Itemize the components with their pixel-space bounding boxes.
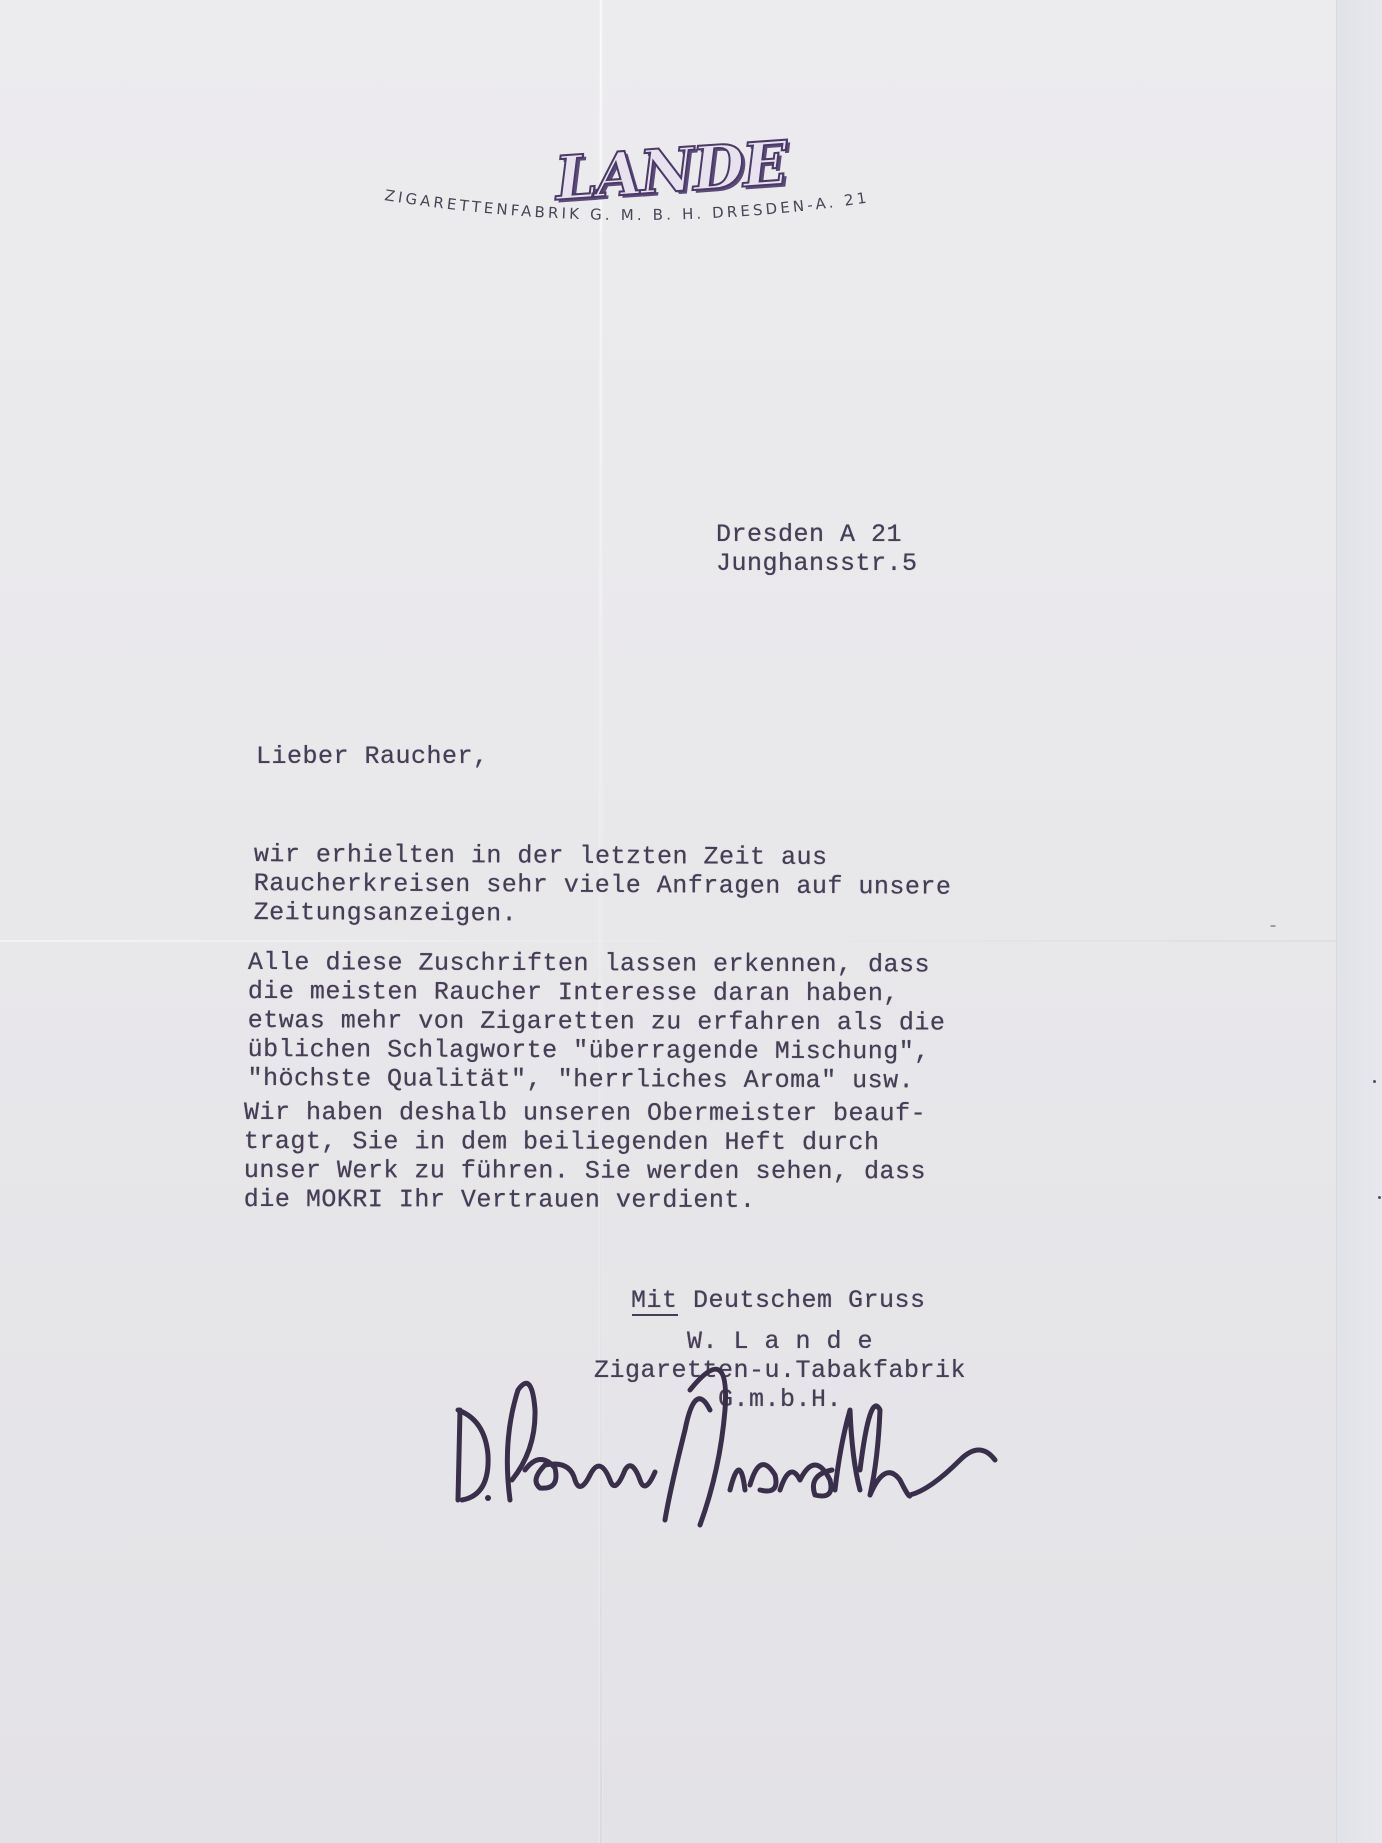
paper-speck [1373,1080,1376,1083]
closing: Mit Deutschem Gruss [631,1286,926,1315]
body-paragraph-2: Alle diese Zuschriften lassen erkennen, … [247,948,945,1095]
body-line: "höchste Qualität", "herrliches Aroma" u… [247,1064,914,1095]
paper-speck [1378,1196,1381,1199]
paper-fold-horizontal [0,940,1382,942]
body-line: wir erhielten in der letzten Zeit aus [254,840,828,872]
address-line-2: Junghansstr.5 [716,549,918,578]
body-line: Raucherkreisen sehr viele Anfragen auf u… [254,869,952,902]
address-line-1: Dresden A 21 [716,520,902,549]
paper-speck [1270,925,1276,927]
body-paragraph-1: wir erhielten in der letzten Zeit aus Ra… [254,840,952,931]
body-paragraph-3: Wir haben deshalb unseren Obermeister be… [244,1098,926,1215]
body-line: tragt, Sie in dem beiliegenden Heft durc… [244,1127,880,1157]
body-line: üblichen Schlagworte "überragende Mischu… [248,1035,930,1066]
body-line: unser Werk zu führen. Sie werden sehen, … [244,1156,926,1186]
svg-text:ZIGARETTENFABRIK G. M. B. H. D: ZIGARETTENFABRIK G. M. B. H. DRESDEN-A. … [383,186,870,224]
body-line: Wir haben deshalb unseren Obermeister be… [244,1098,926,1128]
sender-address: Dresden A 21 Junghansstr.5 [716,520,918,578]
handwritten-signature-icon [440,1350,1040,1530]
letterhead-subline-text: ZIGARETTENFABRIK G. M. B. H. DRESDEN-A. … [383,186,870,224]
salutation: Lieber Raucher, [256,742,489,771]
body-line: die MOKRI Ihr Vertrauen verdient. [244,1185,756,1215]
body-line: Zeitungsanzeigen. [254,898,518,928]
paper-edge [1336,0,1382,1843]
letterhead-subline: ZIGARETTENFABRIK G. M. B. H. DRESDEN-A. … [384,190,884,250]
closing-underline [632,1314,678,1316]
body-line: die meisten Raucher Interesse daran habe… [248,977,899,1008]
body-line: etwas mehr von Zigaretten zu erfahren al… [248,1006,946,1037]
body-line: Alle diese Zuschriften lassen erkennen, … [248,948,930,979]
